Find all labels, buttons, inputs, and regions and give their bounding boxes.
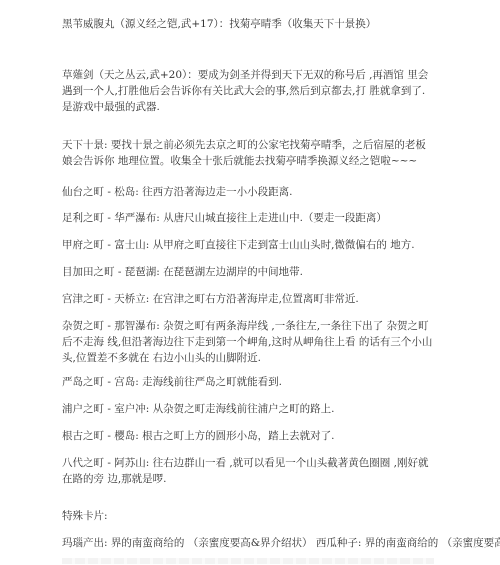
paragraph-ashikaga: 足利之町 - 华严瀑布: 从唐尺山城直接往上走进山中.（要走一段距离） [62, 210, 442, 226]
paragraph-kofu: 甲府之町 - 富士山: 从甲府之町直接往下走到富士山山头时,微微偏右的 地方. [62, 237, 442, 253]
paragraph-kusanagi: 草薙剑（天之丛云,武+20）：要成为剑圣并得到天下无双的称号后 ,再酒馆 里会遇… [62, 67, 434, 115]
paragraph-yashiro: 八代之町 - 阿苏山: 往右边群山一看 ,就可以看见一个山头截著黄色圈圈 ,刚好… [62, 455, 434, 487]
paragraph-agate: 玛瑙产出: 界的南蛮商给的 （亲蜜度要高&界介绍状） 西瓜种子: 界的南蛮商给的… [62, 535, 500, 551]
paragraph-mekada: 目加田之町 - 琵琶湖: 在琵琶湖左边湖岸的中间地带. [62, 264, 442, 280]
paragraph-special-cards: 特殊卡片: [62, 508, 442, 524]
paragraph-sendai: 仙台之町 - 松岛: 往西方沿著海边走一小小段距离. [62, 184, 442, 200]
paragraph-nemuro: 根古之町 - 樱岛: 根古之町上方的圆形小岛，踏上去就对了. [62, 428, 442, 444]
paragraph-urato: 浦户之町 - 室户冲: 从杂贺之町走海线前往浦户之町的路上. [62, 401, 442, 417]
paragraph-ten-views: 天下十景: 要找十景之前必须先去京之町的公家宅找菊亭晴季，之后宿屋的老板娘会告诉… [62, 137, 434, 169]
cut-off-text-line [62, 558, 434, 564]
paragraph-miyazu: 宫津之町 - 天桥立: 在宫津之町右方沿著海岸走,位置离町非常近. [62, 291, 442, 307]
paragraph-saiga: 杂贺之町 - 那智瀑布: 杂贺之町有两条海岸线 ,一条往左,一条往下出了 杂贺之… [62, 318, 434, 366]
paragraph-black-armor: 黑苇威腹丸（源义经之铠,武+17）：找菊亭晴季（收集天下十景换） [62, 16, 442, 32]
paragraph-itsukushima: 严岛之町 - 宫岛: 走海线前往严岛之町就能看到. [62, 374, 442, 390]
document-page: 黑苇威腹丸（源义经之铠,武+17）：找菊亭晴季（收集天下十景换） 草薙剑（天之丛… [0, 0, 500, 565]
